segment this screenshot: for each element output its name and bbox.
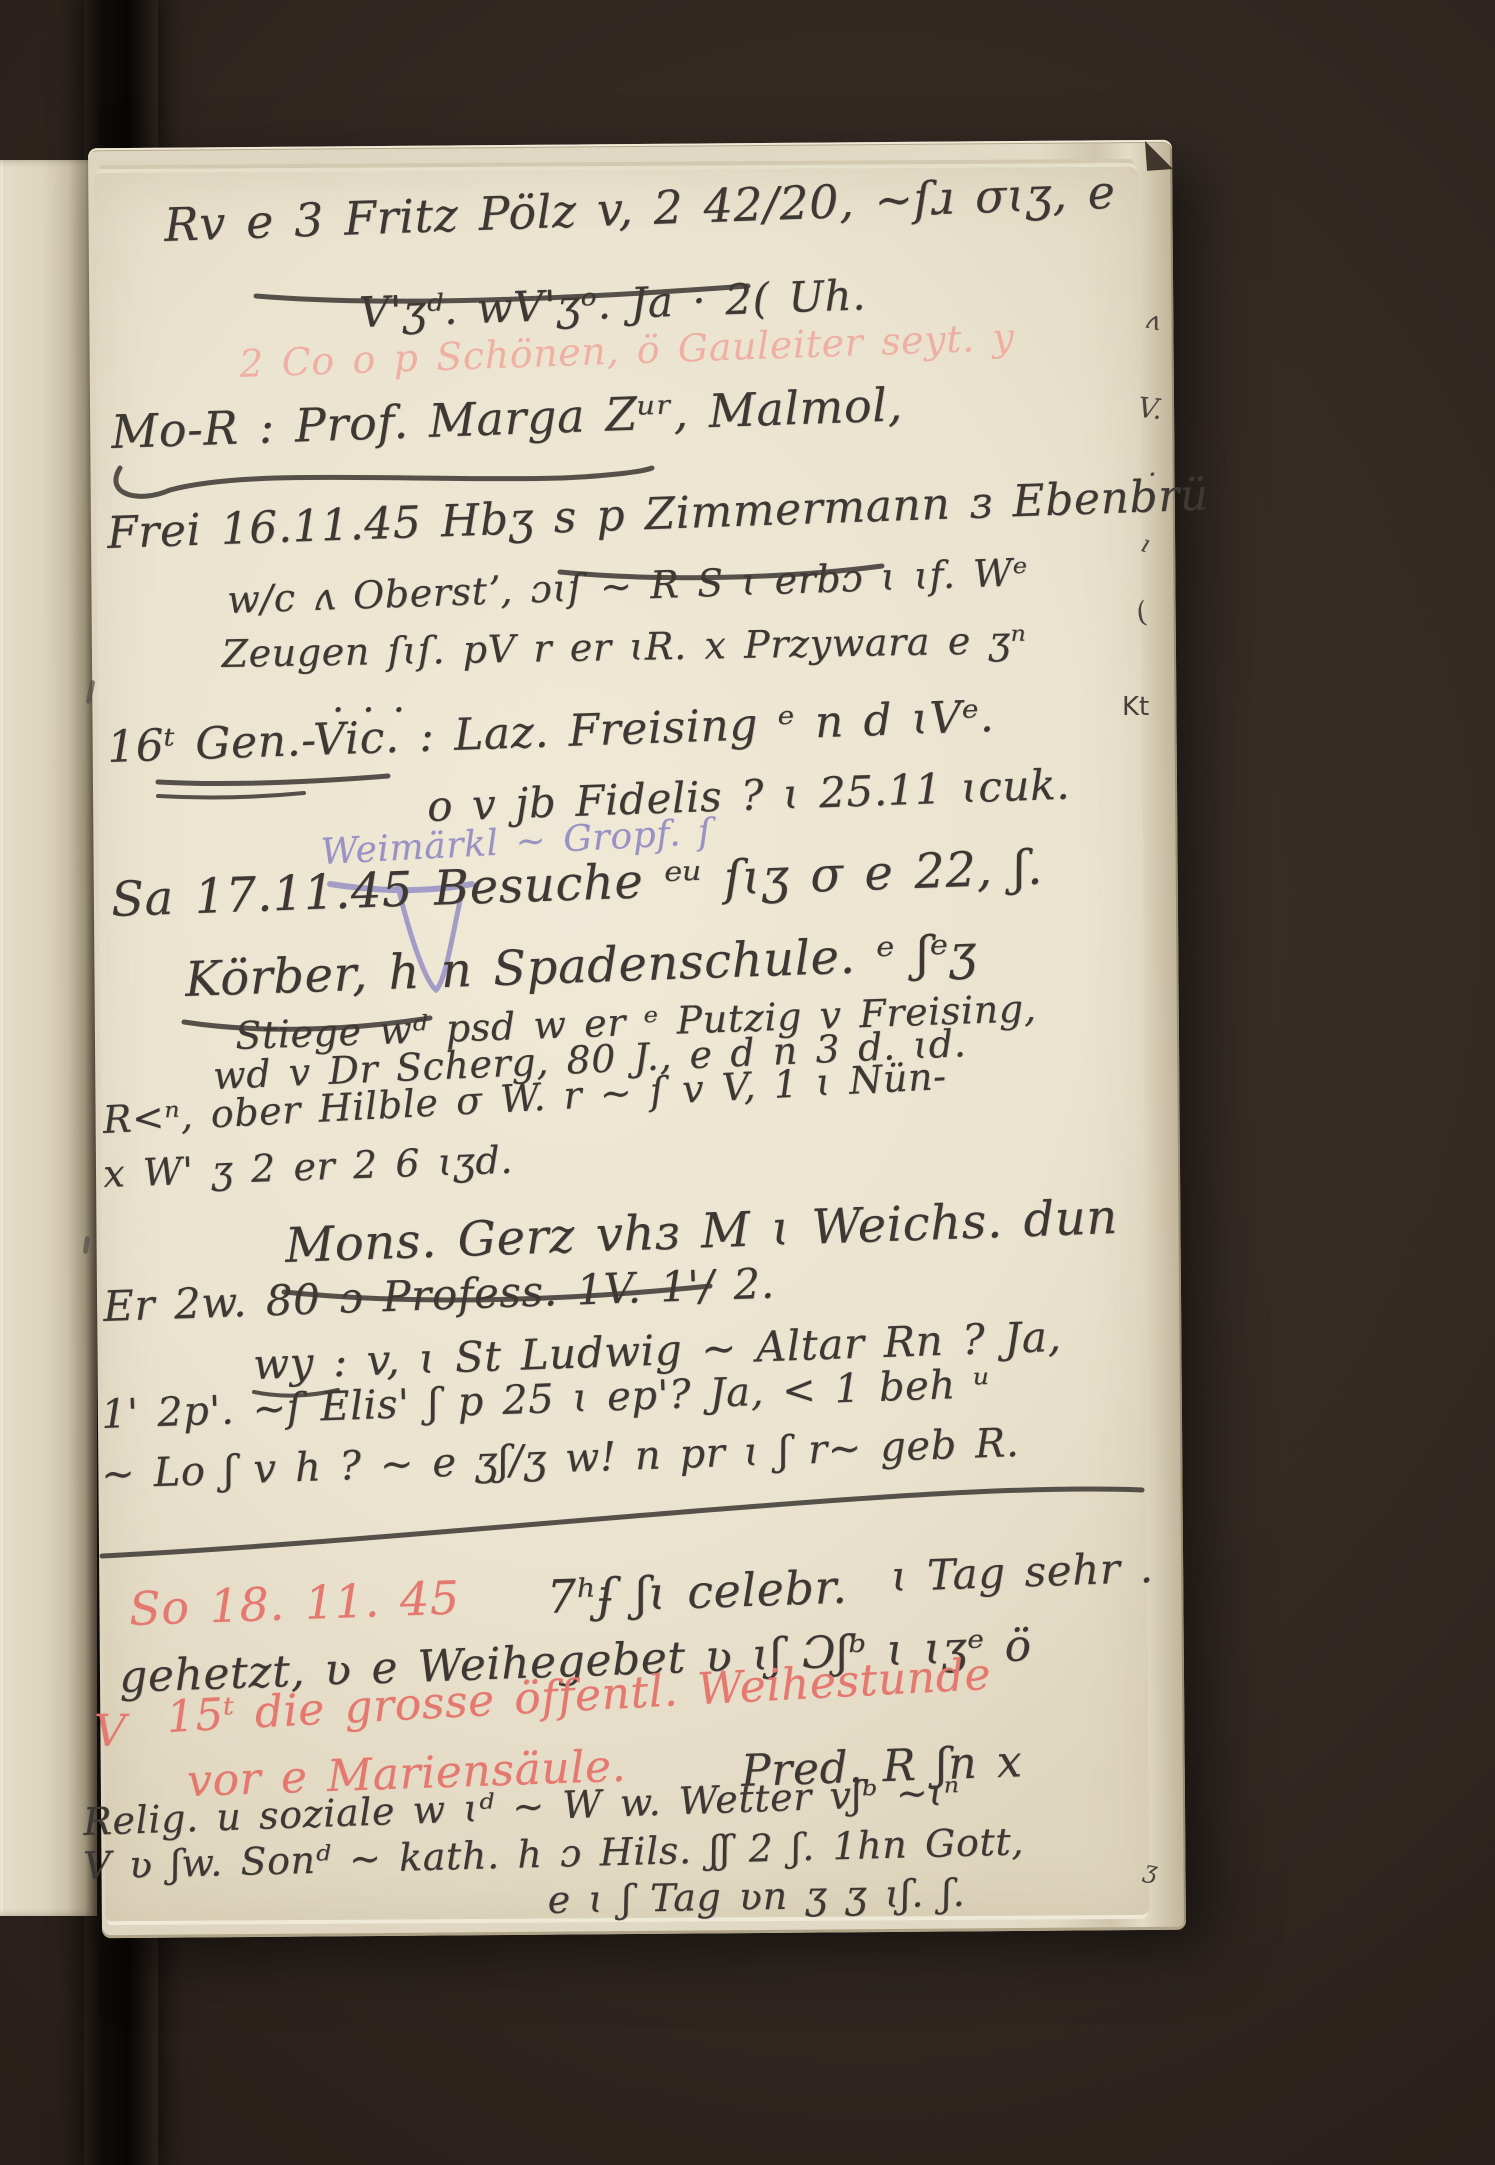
page-corner-fold	[1145, 139, 1173, 171]
entry-line-21: ɩ Tag sehr .	[890, 1543, 1154, 1601]
fore-edge-mark: ·	[1148, 458, 1157, 491]
diary-photo: Rv e 3 Fritz Pölz v, 2 42/20, ~ſɹ σɩʒ, e…	[0, 0, 1495, 2165]
edge-label-kt: Kt	[1122, 692, 1149, 722]
margin-mark-v: V	[94, 1706, 126, 1757]
entry-date-so-18-11-45: So 18. 11. 45	[128, 1570, 460, 1636]
entry-line-26: e ɩ ʃ Tag ʋn ʒ ʒ ɩʃ. ʃ.	[547, 1871, 965, 1922]
entry-line-20: 7ʰʄ ʃɩ celebr.	[546, 1560, 848, 1624]
fore-edge-mark: V.	[1136, 391, 1164, 426]
previous-page-edge	[0, 160, 97, 1916]
